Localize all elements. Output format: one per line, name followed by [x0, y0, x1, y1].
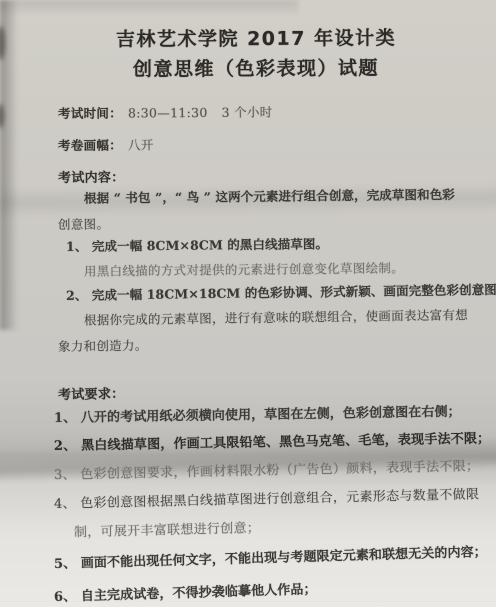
exam-title-line2: 创意思维（色彩表现）试题	[58, 53, 468, 85]
requirement-item-5: 5、 画面不能出现任何文字，不能出现与考题限定元素和联想无关的内容；	[54, 544, 468, 573]
requirement-item-4-line1: 4、 色彩创意图根据黑白线描草图进行创意组合，元素形态与数量不做限	[54, 487, 468, 513]
requirement-item-6: 6、 自主完成试卷，不得抄袭临摹他人作品；	[54, 577, 468, 606]
content-item2-line3: 象力和创造力。	[58, 332, 468, 355]
exam-paper-photo: 吉林艺术学院 2017 年设计类 创意思维（色彩表现）试题 考试时间：8:30—…	[0, 0, 496, 607]
exam-title: 吉林艺术学院 2017 年设计类 创意思维（色彩表现）试题	[58, 24, 468, 84]
paper-size-value: 八开	[128, 137, 154, 152]
requirements-heading: 考试要求：	[58, 380, 468, 403]
exam-title-line1: 吉林艺术学院 2017 年设计类	[58, 23, 468, 55]
exam-time-row: 考试时间：8:30—11:303 个小时	[58, 102, 468, 122]
requirement-item-3: 3、 色彩创意图要求，作画材料限水粉（广告色）颜料，表现手法不限；	[54, 458, 468, 484]
content-item1-line1: 1、 完成一幅 8CM×8CM 的黑白线描草图。	[66, 234, 468, 255]
exam-time-label: 考试时间：	[58, 106, 122, 121]
exam-content-heading: 考试内容：	[58, 166, 468, 186]
requirement-item-4-line2: 制，可展开丰富联想进行创意；	[54, 515, 468, 542]
exam-duration-value: 3 个小时	[222, 105, 273, 120]
content-intro-line1: 根据 “ 书包 ”，“ 鸟 ” 这两个元素进行组合创意，完成草图和色彩	[58, 186, 468, 207]
paper-size-label: 考卷画幅：	[58, 138, 122, 153]
content-item2-line1: 2、 完成一幅 18CM×18CM 的色彩协调、形式新颖、画面完整色彩创意图。	[66, 281, 468, 304]
content-item1-line2: 用黑白线描的方式对提供的元素进行创意变化草图绘制。	[58, 259, 468, 280]
content-item2-line2: 根据你完成的元素草图，进行有意味的联想组合，使画面表达富有想	[58, 306, 468, 329]
requirement-item-1: 1、 八开的考试用纸必须横向使用，草图在左侧，色彩创意图在右侧；	[54, 403, 468, 427]
exam-paper-sheet: 吉林艺术学院 2017 年设计类 创意思维（色彩表现）试题 考试时间：8:30—…	[0, 0, 496, 607]
content-intro-line2: 创意图。	[58, 212, 468, 233]
exam-time-value: 8:30—11:30	[128, 105, 208, 121]
paper-size-row: 考卷画幅：八开	[58, 134, 468, 154]
requirement-item-2: 2、 黑白线描草图，作画工具限铅笔、黑色马克笔、毛笔，表现手法不限；	[54, 431, 468, 455]
